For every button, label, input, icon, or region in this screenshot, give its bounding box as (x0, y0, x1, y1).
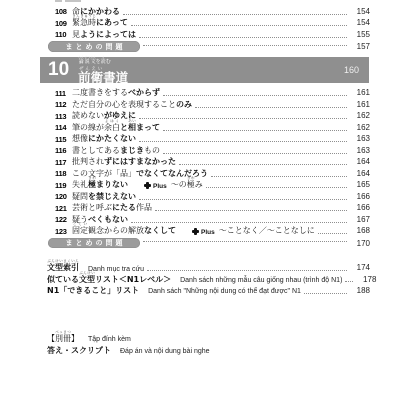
page-number: 188 (350, 287, 370, 296)
text-part: 観念からの解放 (88, 226, 144, 235)
text-part: 似ている (47, 275, 79, 284)
item-text: ただ自分の心を表現することのみ (72, 101, 192, 110)
item-number: 118 (55, 170, 72, 178)
item-number: 108 (55, 8, 72, 16)
item-text: 疑問を禁じえない (72, 193, 136, 202)
text-part: 相あい (128, 123, 136, 132)
plus-text: 〜の極きわみ (171, 176, 203, 190)
page-number: 162 (350, 124, 370, 133)
text-part: まりない (96, 180, 128, 189)
page-number: 155 (350, 31, 370, 40)
item-number: 109 (55, 20, 72, 28)
text-part: リスト＜N1レベル＞ (95, 275, 171, 284)
dotted-leader (195, 107, 347, 108)
text-part: 緊急時きんきゅうじ (72, 18, 96, 27)
dotted-leader (139, 37, 347, 38)
item-number: 120 (55, 193, 72, 201)
text-part: 〜の (171, 180, 187, 189)
text-part: み (195, 180, 203, 189)
clipped-previous-line (55, 0, 370, 2)
page-number: 163 (350, 147, 370, 156)
item-number: 114 (55, 124, 72, 132)
page-number: 154 (350, 8, 370, 17)
page-number: 164 (350, 170, 370, 179)
section-title: 前衛ぜんえい書道 (78, 67, 128, 84)
text-part: まって (136, 123, 160, 132)
dotted-leader (139, 199, 347, 200)
text-part: 書道 (103, 70, 128, 85)
page-number: 174 (350, 264, 370, 273)
section-number: 10 (48, 60, 69, 79)
item-text: 想像にかたくない (72, 135, 136, 144)
text-part: べからず (128, 88, 160, 97)
text-part: にかたくない (88, 134, 136, 143)
text-part: 極きわ (187, 180, 195, 189)
spacer (0, 296, 400, 332)
text-part: 固定こてい (72, 226, 88, 235)
item-text: 答え・スクリプト (47, 347, 111, 356)
text-part: 前衛ぜんえい (78, 70, 103, 85)
item-number: 119 (55, 182, 72, 190)
page-number: 161 (350, 101, 370, 110)
text-part: 別冊べっさつ (55, 334, 71, 343)
booklet-item-row: 【別冊べっさつ】Tập đính kèm (47, 332, 370, 344)
toc-item-row: 114筆の線が余白よはくと相あいまって162 (55, 121, 370, 133)
booklet-item-row: 答え・スクリプトĐáp án và nội dung bài nghe (47, 344, 370, 356)
plus-icon (192, 228, 199, 235)
text-part: 書としてある (72, 146, 120, 155)
dotted-leader (345, 281, 353, 282)
top-items: 108命にかかわる154109緊急時きんきゅうじにあって154110見ようによっ… (0, 5, 400, 40)
text-part: N1「できること」リスト (47, 286, 139, 295)
item-number: 115 (55, 136, 72, 144)
page-number: 170 (350, 239, 370, 248)
text-part: 失礼 (72, 180, 88, 189)
dotted-leader (163, 130, 347, 131)
page-number: 165 (350, 181, 370, 190)
vietnamese-text: Đáp án và nội dung bài nghe (120, 348, 210, 356)
item-number: 121 (55, 205, 72, 213)
dotted-leader (139, 141, 347, 142)
page-number: 154 (350, 19, 370, 28)
plus-note: Plus〜ことなく／〜ことなしに (192, 227, 315, 236)
text-part: にあって (96, 18, 128, 27)
item-number: 112 (55, 101, 72, 109)
page-number: 164 (350, 158, 370, 167)
text-part: 疑問 (72, 192, 88, 201)
text-part: 極きわ (88, 180, 96, 189)
page-number: 157 (350, 42, 370, 51)
text-part: まじき (120, 146, 144, 155)
text-part: を (96, 59, 101, 65)
page-number: 168 (350, 227, 370, 236)
text-part: 作品 (136, 203, 152, 212)
toc-item-row: 111二度書きをするべからず161 (55, 87, 370, 99)
page-number: 166 (350, 193, 370, 202)
dotted-leader (143, 241, 347, 242)
toc-item-row: 109緊急時きんきゅうじにあって154 (55, 17, 370, 29)
item-number: 122 (55, 216, 72, 224)
item-number: 123 (55, 228, 72, 236)
toc-item-row: 112ただ自分の心を表現することのみ161 (55, 98, 370, 110)
vietnamese-text: Tập đính kèm (88, 336, 131, 344)
toc-item-row: 119失礼極きわまりないPlus〜の極きわみ165 (55, 179, 370, 191)
item-number: 110 (55, 31, 72, 39)
toc-item-row: 115想像にかたくない163 (55, 133, 370, 145)
plus-label: Plus (153, 183, 167, 190)
text-part: 想像 (72, 134, 88, 143)
toc-page: 108命にかかわる154109緊急時きんきゅうじにあって154110見ようによっ… (0, 0, 400, 400)
text-part: 論説文ろんせつぶん (78, 59, 96, 65)
item-text: 書としてあるまじきもの (72, 147, 160, 156)
page-number: 167 (350, 216, 370, 225)
plus-icon (144, 182, 151, 189)
item-text: 二度書きをするべからず (72, 89, 160, 98)
section-category: 論説文ろんせつぶんを読よむ (78, 55, 128, 66)
summary-row-1: まとめの問題 157 (48, 41, 370, 53)
dotted-leader (179, 164, 347, 165)
page-number: 161 (350, 89, 370, 98)
item-text: 固定こてい観念からの解放なくして (72, 222, 176, 236)
dotted-leader (155, 210, 347, 211)
dotted-leader (143, 45, 347, 46)
section-page-number: 160 (344, 65, 359, 75)
text-part: む (106, 59, 111, 65)
item-number: 116 (55, 147, 72, 155)
item-text: N1「できること」リスト (47, 287, 139, 296)
item-text: 筆の線が余白よはくと相あいまって (72, 119, 160, 133)
dotted-leader (123, 14, 347, 15)
text-part: のみ (176, 100, 192, 109)
text-part: なくして (144, 226, 176, 235)
page-number: 178 (356, 276, 376, 285)
toc-item-row: 116書としてあるまじきもの163 (55, 144, 370, 156)
section-items: 111二度書きをするべからず161112ただ自分の心を表現することのみ16111… (0, 87, 400, 237)
page-number: 162 (350, 112, 370, 121)
toc-item-row: 121芸術と呼ぶにたる作品166 (55, 202, 370, 214)
text-part: 余白よはく (104, 123, 120, 132)
appendix-item-row: 似ている文型ぶんけいリスト＜N1レベル＞Danh sách những mẫu … (47, 273, 370, 284)
text-part: もの (144, 146, 160, 155)
toc-item-row: 120疑問を禁じえない166 (55, 190, 370, 202)
text-part: 筆の線が (72, 123, 104, 132)
text-part: 答え・スクリプト (47, 346, 111, 355)
item-number: 113 (55, 113, 72, 121)
section-titles: 論説文ろんせつぶんを読よむ 前衛ぜんえい書道 (78, 55, 128, 84)
page-number: 166 (350, 204, 370, 213)
text-part: を禁じえない (88, 192, 136, 201)
appendix-item-row: N1「できること」リストDanh sách "Những nội dung có… (47, 284, 370, 295)
text-part: 芸術と呼ぶ (72, 203, 112, 212)
section-10-header: 10 論説文ろんせつぶんを読よむ 前衛ぜんえい書道 160 (40, 57, 369, 83)
plus-text: 〜ことなく／〜ことなしに (219, 227, 315, 236)
text-part: にたる (112, 203, 136, 212)
dotted-leader (318, 233, 347, 234)
matome-label: まとめの問題 (63, 42, 126, 52)
item-text: 緊急時きんきゅうじにあって (72, 14, 128, 28)
item-text: 【別冊べっさつ】 (47, 330, 79, 344)
item-text: 芸術と呼ぶにたる作品 (72, 204, 152, 213)
text-part: ただ自分の心を表現すること (72, 100, 176, 109)
plus-note: Plus〜の極きわみ (144, 176, 203, 190)
dotted-leader (211, 176, 347, 177)
dotted-leader (147, 270, 347, 271)
text-part: ようによっては (80, 30, 136, 39)
dotted-leader (163, 95, 347, 96)
dotted-leader (163, 153, 347, 154)
page-number: 163 (350, 135, 370, 144)
item-text: 批判されずにはすまなかった (72, 158, 176, 167)
vietnamese-text: Danh sách "Những nội dung có thể đạt đượ… (148, 288, 301, 296)
text-part: 二度書きをする (72, 88, 128, 97)
dotted-leader (139, 118, 347, 119)
text-part: 見 (72, 30, 80, 39)
item-text: 見ようによっては (72, 31, 136, 40)
matome-label: まとめの問題 (63, 238, 126, 248)
item-text: 失礼極きわまりない (72, 176, 128, 190)
toc-item-row: 110見ようによっては155 (55, 28, 370, 40)
item-text: 似ている文型ぶんけいリスト＜N1レベル＞ (47, 271, 171, 285)
text-part: 〜ことなく／〜ことなしに (219, 226, 315, 235)
appendix-items: 文型索引ぶんけいさくいんDanh mục tra cứu174似ている文型ぶんけ… (0, 262, 400, 296)
toc-item-row: 123固定こてい観念からの解放なくしてPlus〜ことなく／〜ことなしに168 (55, 225, 370, 237)
text-part: 【 (47, 334, 55, 343)
matome-badge: まとめの問題 (48, 41, 140, 52)
vietnamese-text: Danh sách những mẫu câu giống nhau (trìn… (180, 277, 342, 285)
item-number: 111 (55, 90, 72, 98)
dotted-leader (304, 293, 347, 294)
text-part: ずにはすまなかった (104, 157, 176, 166)
booklet-items: 【別冊べっさつ】Tập đính kèm答え・スクリプトĐáp án và nộ… (0, 332, 400, 356)
text-part: 文型ぶんけい (79, 275, 95, 284)
dotted-leader (131, 25, 347, 26)
text-part: 】 (71, 334, 79, 343)
text-part: 批判され (72, 157, 104, 166)
matome-badge: まとめの問題 (48, 238, 140, 249)
item-number: 117 (55, 159, 72, 167)
text-part: と (120, 123, 128, 132)
dotted-leader (206, 187, 347, 188)
plus-label: Plus (201, 229, 215, 236)
summary-row-2: まとめの問題 170 (48, 237, 370, 249)
toc-item-row: 117批判されずにはすまなかった164 (55, 156, 370, 168)
